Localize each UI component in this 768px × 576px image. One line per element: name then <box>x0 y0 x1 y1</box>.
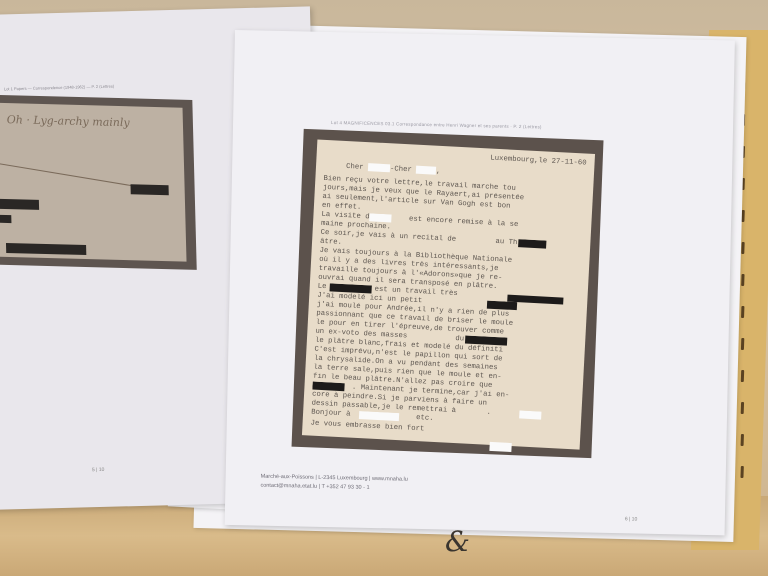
salutation-text: -Cher <box>390 165 412 174</box>
redaction-bar <box>0 215 11 224</box>
folder-slot <box>741 338 744 350</box>
folder-slot <box>741 402 744 414</box>
redaction-bar <box>312 381 344 391</box>
redaction-bar <box>487 301 517 311</box>
table-pen-mark: & <box>445 525 470 558</box>
redacted-name <box>368 163 390 172</box>
right-page-header: Lot 4 MAGNIFICENCES 03.1 Correspondance … <box>331 120 542 129</box>
folder-slot <box>740 466 743 478</box>
left-document-photo: Oh · Lyg-archy mainly <box>0 94 197 269</box>
handwriting: Oh · Lyg-archy mainly <box>7 113 130 129</box>
redaction-bar <box>518 239 546 248</box>
manuscript-paper: Oh · Lyg-archy mainly <box>0 103 187 262</box>
letter-photo-frame: Luxembourg,le 27-11-60 Cher -Cher , Bien… <box>292 129 604 458</box>
folder-slot <box>741 242 744 254</box>
folder-slot <box>741 306 744 318</box>
right-document-page: Lot 4 MAGNIFICENCES 03.1 Correspondance … <box>225 30 735 535</box>
right-page-number: 6 | 10 <box>625 516 638 522</box>
redaction-bar <box>6 243 86 255</box>
handwriting-stroke <box>0 162 143 188</box>
redacted-name <box>416 166 436 175</box>
folder-slot <box>741 274 744 286</box>
typed-letter: Luxembourg,le 27-11-60 Cher -Cher , Bien… <box>302 139 595 449</box>
folder-slot <box>741 434 744 446</box>
left-page-number: 5 | 10 <box>92 467 105 473</box>
page-footer: Marché-aux-Poissons | L-2345 Luxembourg … <box>260 473 408 494</box>
redacted-name <box>359 411 399 421</box>
redaction-bar <box>0 199 39 210</box>
redaction-bar <box>465 335 507 345</box>
left-page-header: Lot 1 Papers — Correspondence (1948-1962… <box>4 84 114 92</box>
redacted-signature <box>489 442 511 452</box>
redaction-bar <box>130 184 168 195</box>
folder-slot <box>741 370 744 382</box>
redacted-name <box>519 410 541 419</box>
salutation-text: Cher <box>346 163 364 172</box>
redacted-name <box>369 213 391 222</box>
